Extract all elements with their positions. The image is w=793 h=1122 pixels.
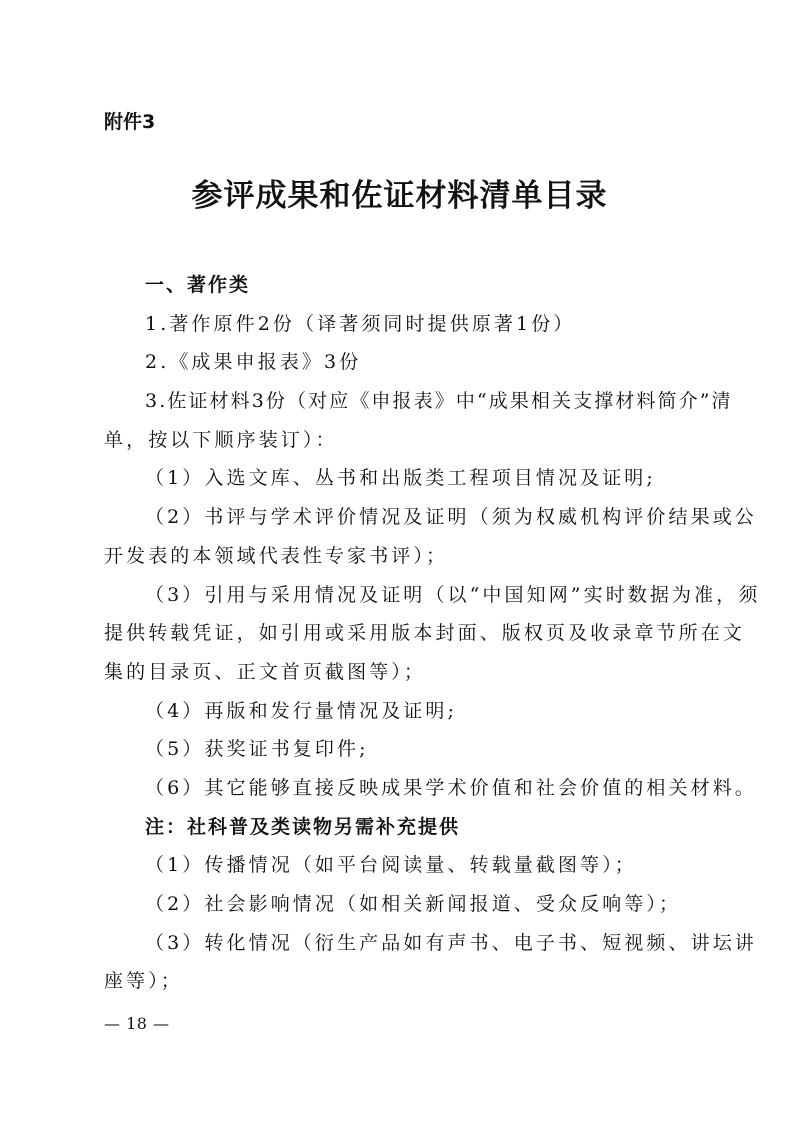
sub-list-item: （1）入选文库、丛书和出版类工程项目情况及证明;: [104, 459, 694, 498]
note-item: （1）传播情况（如平台阅读量、转载量截图等）；: [104, 846, 694, 885]
attachment-label: 附件3: [104, 108, 155, 136]
sub-list-item-continuation: 集的目录页、正文首页截图等）；: [104, 653, 694, 692]
sub-list-item: （6）其它能够直接反映成果学术价值和社会价值的相关材料。: [104, 769, 694, 808]
sub-list-item: （4）再版和发行量情况及证明;: [104, 692, 694, 731]
note-item: （2）社会影响情况（如相关新闻报道、受众反响等）；: [104, 885, 694, 924]
sub-list-item-continuation: 开发表的本领域代表性专家书评）；: [104, 537, 694, 576]
sub-list-item: （5）获奖证书复印件;: [104, 730, 694, 769]
sub-list-item: （3）引用与采用情况及证明（以“中国知网”实时数据为准，须: [104, 576, 694, 615]
document-page: 附件3 参评成果和佐证材料清单目录 一、著作类 1.著作原件2份（译著须同时提供…: [0, 0, 793, 1122]
list-item: 1.著作原件2份（译著须同时提供原著1份）: [104, 305, 694, 344]
list-item-continuation: 单，按以下顺序装订）：: [104, 421, 694, 460]
sub-list-item: （2）书评与学术评价情况及证明（须为权威机构评价结果或公: [104, 498, 694, 537]
document-title: 参评成果和佐证材料清单目录: [0, 174, 793, 218]
note-item-continuation: 座等）；: [104, 962, 694, 1001]
sub-list-item-continuation: 提供转载凭证，如引用或采用版本封面、版权页及收录章节所在文: [104, 614, 694, 653]
page-number: — 18 —: [104, 1012, 170, 1036]
note-heading: 注：社科普及类读物另需补充提供: [104, 808, 694, 847]
note-item: （3）转化情况（衍生产品如有声书、电子书、短视频、讲坛讲: [104, 924, 694, 963]
document-body: 一、著作类 1.著作原件2份（译著须同时提供原著1份） 2.《成果申报表》3份 …: [104, 266, 694, 1001]
list-item: 3.佐证材料3份（对应《申报表》中“成果相关支撑材料简介”清: [104, 382, 694, 421]
list-item: 2.《成果申报表》3份: [104, 343, 694, 382]
section-heading: 一、著作类: [104, 266, 694, 305]
